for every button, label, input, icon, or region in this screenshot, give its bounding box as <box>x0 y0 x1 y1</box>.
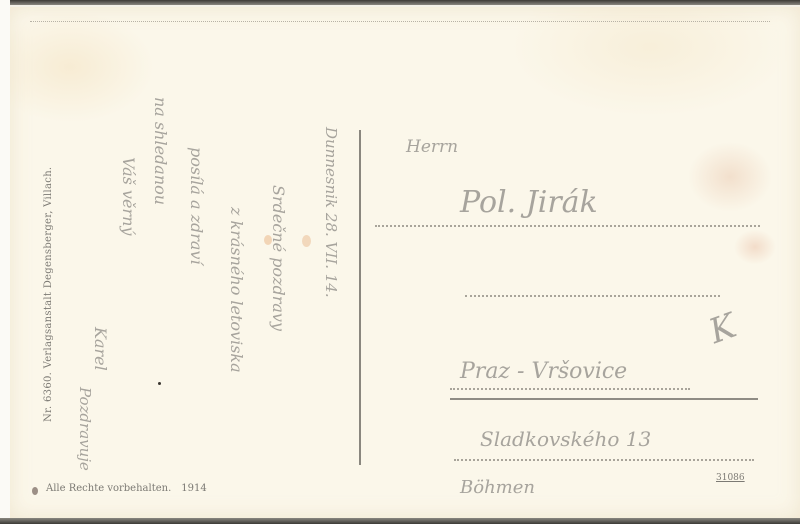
stain-spot <box>264 235 272 245</box>
address-line-4 <box>454 459 754 461</box>
scan-edge-bottom <box>0 518 800 524</box>
message-line-6: Karel <box>91 327 110 371</box>
address-line-2 <box>465 295 720 297</box>
address-country: Böhmen <box>460 477 535 498</box>
address-name: Pol. Jirák <box>460 185 598 220</box>
message-line-3: posílá a zdraví <box>187 147 206 265</box>
message-line-4: na shledanou <box>151 97 170 205</box>
scan-edge-top <box>0 0 800 5</box>
address-city: Praz - Vršovice <box>460 359 627 384</box>
ink-speck <box>158 382 161 385</box>
center-divider <box>359 130 361 465</box>
top-border-rule <box>30 21 770 23</box>
address-line-3-underline <box>450 398 758 400</box>
ink-speck <box>32 487 38 495</box>
message-date: Dunnesnik 28. VII. 14. <box>322 127 340 298</box>
address-mark: K <box>704 306 742 352</box>
rights-line: Alle Rechte vorbehalten.1914 <box>46 483 207 494</box>
address-salutation: Herrn <box>406 137 458 157</box>
rights-text: Alle Rechte vorbehalten. <box>46 483 171 494</box>
address-street: Sladkovského 13 <box>480 427 651 451</box>
address-line-3 <box>450 388 690 390</box>
message-line-2: z krásného letoviska <box>227 207 246 373</box>
message-signature: Pozdravuje <box>76 387 94 471</box>
scan-edge-left <box>0 0 10 524</box>
message-line-5: Váš věrný <box>119 157 138 235</box>
print-year: 1914 <box>181 483 206 494</box>
publisher-imprint: Nr. 6360. Verlagsanstalt Degensberger, V… <box>43 167 54 422</box>
postcard-back: Nr. 6360. Verlagsanstalt Degensberger, V… <box>10 7 800 518</box>
print-number: 31086 <box>716 473 745 483</box>
address-line-1 <box>375 225 760 227</box>
message-line-1: Srdečné pozdravy <box>269 185 288 331</box>
stain-spot <box>302 235 311 247</box>
